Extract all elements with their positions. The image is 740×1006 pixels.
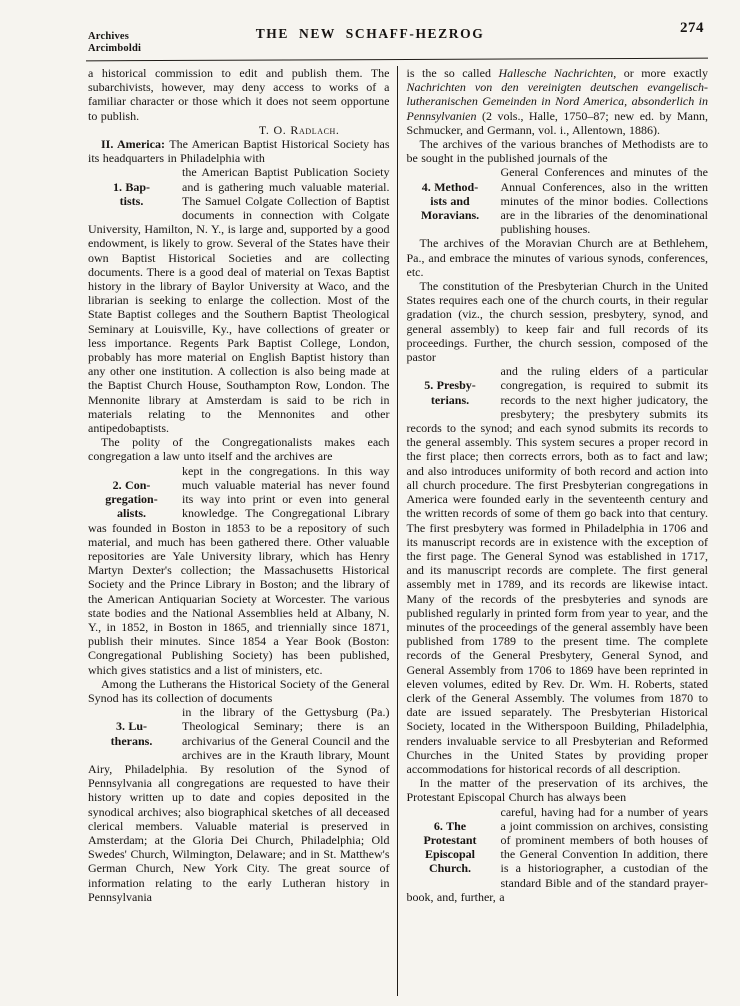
section-lutherans-body: 3. Lu-therans.in the library of the Gett… bbox=[88, 705, 390, 904]
section-methodists-moravians: 4. Method-ists andMoravians.General Conf… bbox=[407, 165, 709, 236]
sidehead-line: alists. bbox=[88, 506, 175, 520]
section-congregationalists-body: 2. Con-gregation-alists.kept in the cong… bbox=[88, 464, 390, 677]
page-number: 274 bbox=[680, 20, 704, 37]
section-america-baptists-lead: II. America: The American Baptist Histor… bbox=[88, 137, 390, 165]
section-lutherans-lead: Among the Lutherans the Historical Socie… bbox=[88, 677, 390, 705]
sidehead-line: 1. Bap- bbox=[88, 180, 175, 194]
section-lutherans: Among the Lutherans the Historical Socie… bbox=[88, 677, 390, 904]
sidehead-line: 6. The bbox=[407, 819, 494, 833]
section-protestant-episcopal-body: 6. TheProtestantEpiscopalChurch.careful,… bbox=[407, 805, 709, 904]
section-presbyterians-lead: The constitution of the Presbyterian Chu… bbox=[407, 279, 709, 364]
section-america-baptists: II. America: The American Baptist Histor… bbox=[88, 137, 390, 435]
header-rule bbox=[86, 58, 708, 62]
sidehead-line: tists. bbox=[88, 194, 175, 208]
running-title: THE NEW SCHAFF-HEZROG bbox=[0, 26, 740, 42]
margin-label-line2: Arcimboldi bbox=[88, 43, 141, 55]
sidehead-line: Episcopal bbox=[407, 847, 494, 861]
section-protestant-episcopal: In the matter of the preservation of its… bbox=[407, 776, 709, 904]
sidehead-line: 2. Con- bbox=[88, 478, 175, 492]
paragraph-moravian-archives: The archives of the Moravian Church are … bbox=[407, 236, 709, 279]
right-column: is the so called Hallesche Nachrichten, … bbox=[397, 66, 709, 996]
text-columns: a historical commission to edit and publ… bbox=[88, 66, 708, 996]
sidehead-line: terians. bbox=[407, 393, 494, 407]
continuation-paragraph: a historical commission to edit and publ… bbox=[88, 66, 390, 123]
sidehead-line: Protestant bbox=[407, 833, 494, 847]
section-america-baptists-body: 1. Bap-tists.the American Baptist Public… bbox=[88, 165, 390, 435]
sidehead-presbyterians: 5. Presby-terians. bbox=[407, 364, 494, 421]
text-segment: and the ruling elders of a particular co… bbox=[407, 364, 709, 776]
sidehead-line: 5. Presby- bbox=[407, 378, 494, 392]
sidehead-lutherans: 3. Lu-therans. bbox=[88, 705, 175, 762]
text-segment: II. America: bbox=[101, 137, 169, 151]
text-segment: Hallesche Nachrichten bbox=[498, 66, 613, 80]
sidehead-line: Moravians. bbox=[407, 208, 494, 222]
sidehead-line: 4. Method- bbox=[407, 180, 494, 194]
section-presbyterians: The constitution of the Presbyterian Chu… bbox=[407, 279, 709, 776]
text-segment: The archives of the Moravian Church are … bbox=[407, 236, 709, 278]
scanned-page: Archives Arcimboldi THE NEW SCHAFF-HEZRO… bbox=[0, 0, 740, 1006]
sidehead-line: therans. bbox=[88, 734, 175, 748]
text-segment: a historical commission to edit and publ… bbox=[88, 66, 390, 123]
sidehead-baptists: 1. Bap-tists. bbox=[88, 165, 175, 222]
section-presbyterians-body: 5. Presby-terians.and the ruling elders … bbox=[407, 364, 709, 776]
sidehead-protestant-episcopal: 6. TheProtestantEpiscopalChurch. bbox=[407, 805, 494, 890]
text-segment: The archives of the various branches of … bbox=[407, 137, 709, 165]
section-protestant-episcopal-lead: In the matter of the preservation of its… bbox=[407, 776, 709, 804]
sidehead-methodists-moravians: 4. Method-ists andMoravians. bbox=[407, 165, 494, 236]
text-segment: General Conferences and minutes of the A… bbox=[501, 165, 709, 236]
sidehead-line: 3. Lu- bbox=[88, 719, 175, 733]
section-congregationalists-lead: The polity of the Congregationalists mak… bbox=[88, 435, 390, 463]
text-segment: The polity of the Congregationalists mak… bbox=[88, 435, 390, 463]
section-congregationalists: The polity of the Congregationalists mak… bbox=[88, 435, 390, 676]
sidehead-line: gregation- bbox=[88, 492, 175, 506]
text-segment: , or more exactly bbox=[613, 66, 708, 80]
text-segment: is the so called bbox=[407, 66, 499, 80]
paragraph-methodist-archives: The archives of the various branches of … bbox=[407, 137, 709, 165]
sidehead-line: ists and bbox=[407, 194, 494, 208]
text-segment: In the matter of the preservation of its… bbox=[407, 776, 709, 804]
section-methodists-moravians-body: 4. Method-ists andMoravians.General Conf… bbox=[407, 165, 709, 236]
text-segment: The constitution of the Presbyterian Chu… bbox=[407, 279, 709, 364]
sidehead-congregationalists: 2. Con-gregation-alists. bbox=[88, 464, 175, 521]
left-column: a historical commission to edit and publ… bbox=[88, 66, 397, 996]
author-signature: T. O. Radlach. bbox=[88, 123, 390, 137]
sidehead-line: Church. bbox=[407, 861, 494, 875]
text-segment: Among the Lutherans the Historical Socie… bbox=[88, 677, 390, 705]
continuation-paragraph-hallesche: is the so called Hallesche Nachrichten, … bbox=[407, 66, 709, 137]
